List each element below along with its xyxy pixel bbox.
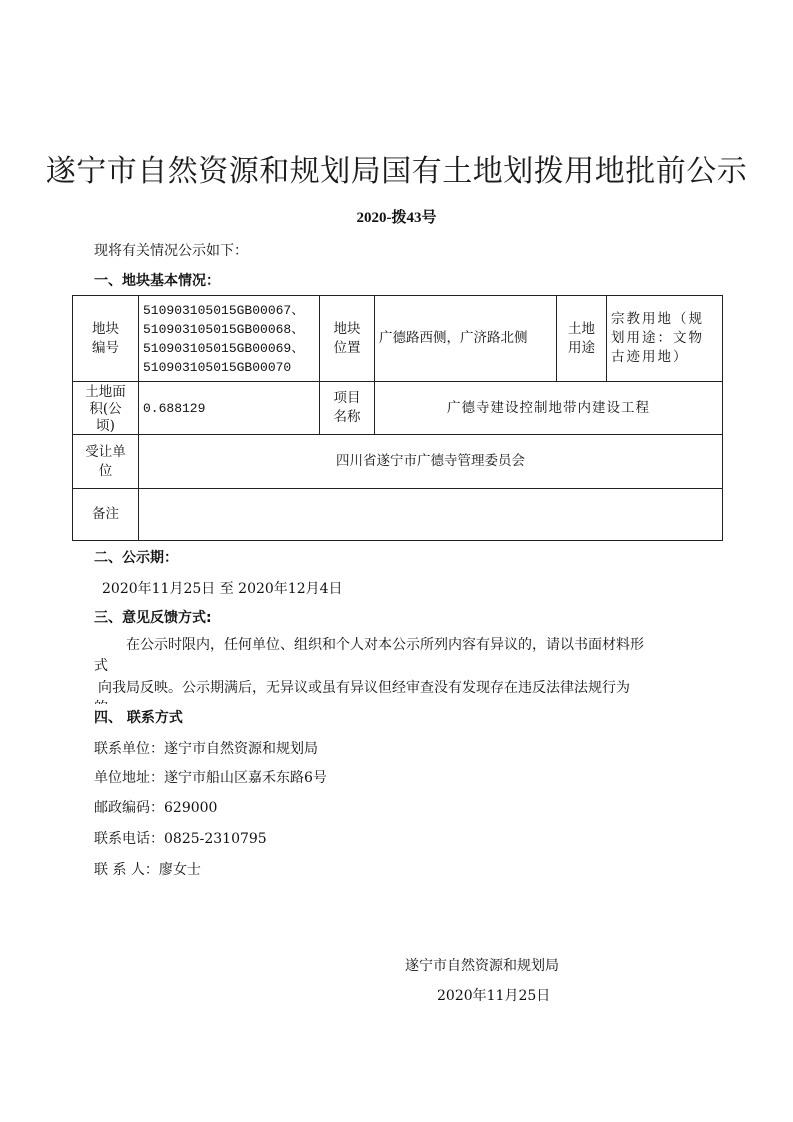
table-row: 备注 [73,489,723,541]
parcel-id: 510903105015GB00070 [143,358,315,377]
intro-text: 现将有关情况公示如下： [94,240,248,260]
parcel-id: 510903105015GB00067、 [143,301,315,320]
table-row: 土地面积(公顷) 0.688129 项目名称 广德寺建设控制地带内建设工程 [73,382,723,435]
feedback-line-2: 向我局反映。公示期满后，无异议或虽有异议但经审查没有发现存在违反法律法规行为 [98,677,630,697]
section4-heading: 四、 联系方式 [94,707,183,727]
table-row: 地块编号 510903105015GB00067、 510903105015GB… [73,296,723,382]
parcel-id-label: 地块编号 [73,296,139,382]
signature-issuer: 遂宁市自然资源和规划局 [405,955,559,975]
document-title: 遂宁市自然资源和规划局国有土地划拨用地批前公示 [0,146,793,190]
section1-heading: 一、地块基本情况： [94,270,220,290]
publicity-period: 2020年11月25日 至 2020年12月4日 [102,578,343,598]
document-number: 2020-拨43号 [0,206,793,227]
signature-date: 2020年11月25日 [437,985,550,1005]
remarks-value [139,489,723,541]
parcel-id: 510903105015GB00068、 [143,320,315,339]
transferee-value: 四川省遂宁市广德寺管理委员会 [139,435,723,489]
contact-unit: 联系单位：遂宁市自然资源和规划局 [94,738,318,758]
contact-phone: 联系电话：0825-2310795 [94,828,267,848]
feedback-line-1: 在公示时限内，任何单位、组织和个人对本公示所列内容有异议的，请以书面材料形 [126,634,644,654]
table-row: 受让单位 四川省遂宁市广德寺管理委员会 [73,435,723,489]
project-label: 项目名称 [320,382,375,435]
parcel-id: 510903105015GB00069、 [143,339,315,358]
transferee-label: 受让单位 [73,435,139,489]
contact-person: 联 系 人：廖女士 [94,859,201,879]
area-value: 0.688129 [139,382,320,435]
remarks-label: 备注 [73,489,139,541]
section3-heading: 三、意见反馈方式: [94,607,212,627]
project-value: 广德寺建设控制地带内建设工程 [375,382,723,435]
area-label: 土地面积(公顷) [73,382,139,435]
feedback-line-2-wrap: 的 [94,697,108,704]
parcel-id-values: 510903105015GB00067、 510903105015GB00068… [139,296,320,382]
feedback-line-1-wrap: 式 [94,655,108,675]
location-label: 地块位置 [320,296,375,382]
section2-heading: 二、公示期： [94,547,178,567]
contact-postcode: 邮政编码：629000 [94,797,217,817]
land-use-value: 宗教用地（规划用途：文物古迹用地） [607,296,723,382]
parcel-info-table: 地块编号 510903105015GB00067、 510903105015GB… [72,295,723,541]
location-value: 广德路西侧，广济路北侧 [375,296,557,382]
contact-address: 单位地址：遂宁市船山区嘉禾东路6号 [94,767,327,787]
land-use-label: 土地用途 [557,296,607,382]
